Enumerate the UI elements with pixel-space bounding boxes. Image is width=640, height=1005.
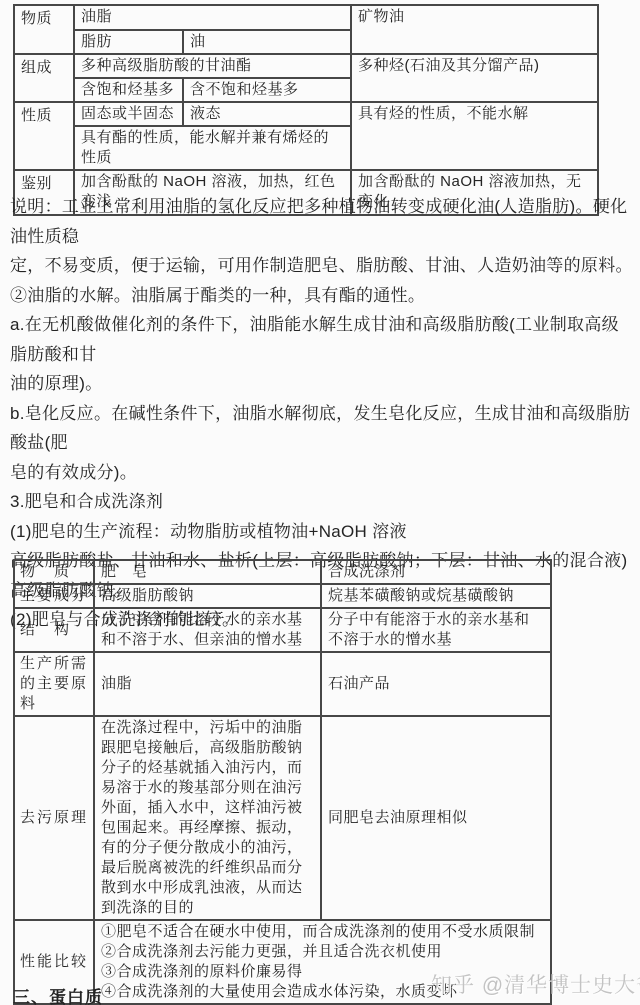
- t1-label-properties: 性质: [14, 102, 74, 170]
- oil-vs-mineral-oil-table: 物质 油脂 矿物油 脂肪 油 组成 多种高级脂肪酸的甘油酯 多种烃(石油及其分馏…: [13, 4, 599, 216]
- paragraph-saponification: b.皂化反应。在碱性条件下，油脂水解彻底，发生皂化反应，生成甘油和高级脂肪酸盐(…: [10, 399, 634, 488]
- t2-label-main-component: 主要成分: [14, 584, 94, 608]
- section-heading-protein: 三、蛋白质: [13, 983, 103, 1005]
- t2-cell-soap-material: 油脂: [94, 652, 321, 716]
- paragraph-hardened-oil-note: 说明：工业上常利用油脂的氢化反应把多种植物油转变成硬化油(人造脂肪)。硬化油性质…: [10, 192, 634, 281]
- t1-cell-liquid-state: 液态: [183, 102, 351, 126]
- t2-cell-detergent-component: 烷基苯磺酸钠或烷基磺酸钠: [321, 584, 551, 608]
- t2-cell-detergent-material: 石油产品: [321, 652, 551, 716]
- t1-cell-fat: 脂肪: [74, 30, 183, 54]
- t2-header-soap: 肥 皂: [94, 560, 321, 584]
- t2-header-detergent: 合成洗涤剂: [321, 560, 551, 584]
- t1-cell-ester-property: 具有酯的性质，能水解并兼有烯烃的性质: [74, 126, 351, 170]
- t1-cell-oil-fat: 油脂: [74, 5, 351, 30]
- t2-cell-soap-structure: 分子中含有能溶于水的亲水基和不溶于水、但亲油的憎水基: [94, 608, 321, 652]
- paragraph-hydrolysis: ②油脂的水解。油脂属于酯类的一种，具有酯的通性。: [10, 281, 634, 311]
- t2-cell-detergent-structure: 分子中有能溶于水的亲水基和不溶于水的憎水基: [321, 608, 551, 652]
- t1-label-substance: 物质: [14, 5, 74, 54]
- t2-cell-soap-principle: 在洗涤过程中，污垢中的油脂跟肥皂接触后，高级脂肪酸钠分子的烃基就插入油污内，而易…: [94, 716, 321, 920]
- t2-label-raw-material: 生产所需的主要原料: [14, 652, 94, 716]
- t1-cell-unsaturated: 含不饱和烃基多: [183, 78, 351, 102]
- t2-label-cleaning-principle: 去污原理: [14, 716, 94, 920]
- t1-cell-hydrocarbon-property: 具有烃的性质，不能水解: [351, 102, 598, 170]
- paragraph-acid-hydrolysis: a.在无机酸做催化剂的条件下，油脂能水解生成甘油和高级脂肪酸(工业制取高级脂肪酸…: [10, 310, 634, 399]
- t1-cell-saturated: 含饱和烃基多: [74, 78, 183, 102]
- t2-cell-soap-component: 高级脂肪酸钠: [94, 584, 321, 608]
- t2-label-structure: 结 构: [14, 608, 94, 652]
- paragraph-soap-process: (1)肥皂的生产流程：动物脂肪或植物油+NaOH 溶液: [10, 517, 634, 547]
- soap-vs-detergent-table: 物 质 肥 皂 合成洗涤剂 主要成分 高级脂肪酸钠 烷基苯磺酸钠或烷基磺酸钠 结…: [13, 559, 552, 1005]
- t1-cell-oil: 油: [183, 30, 351, 54]
- watermark: 知乎 @清华博士史大爷: [431, 969, 640, 999]
- t1-cell-hydrocarbons: 多种烃(石油及其分馏产品): [351, 54, 598, 102]
- t2-cell-detergent-principle: 同肥皂去油原理相似: [321, 716, 551, 920]
- t1-cell-glyceride: 多种高级脂肪酸的甘油酯: [74, 54, 351, 78]
- t1-cell-mineral-oil: 矿物油: [351, 5, 598, 54]
- t1-label-composition: 组成: [14, 54, 74, 102]
- t1-cell-solid-state: 固态或半固态: [74, 102, 183, 126]
- t2-label-substance: 物 质: [14, 560, 94, 584]
- document-page: 物质 油脂 矿物油 脂肪 油 组成 多种高级脂肪酸的甘油酯 多种烃(石油及其分馏…: [0, 0, 640, 1005]
- paragraph-soap-detergent-heading: 3.肥皂和合成洗涤剂: [10, 487, 634, 517]
